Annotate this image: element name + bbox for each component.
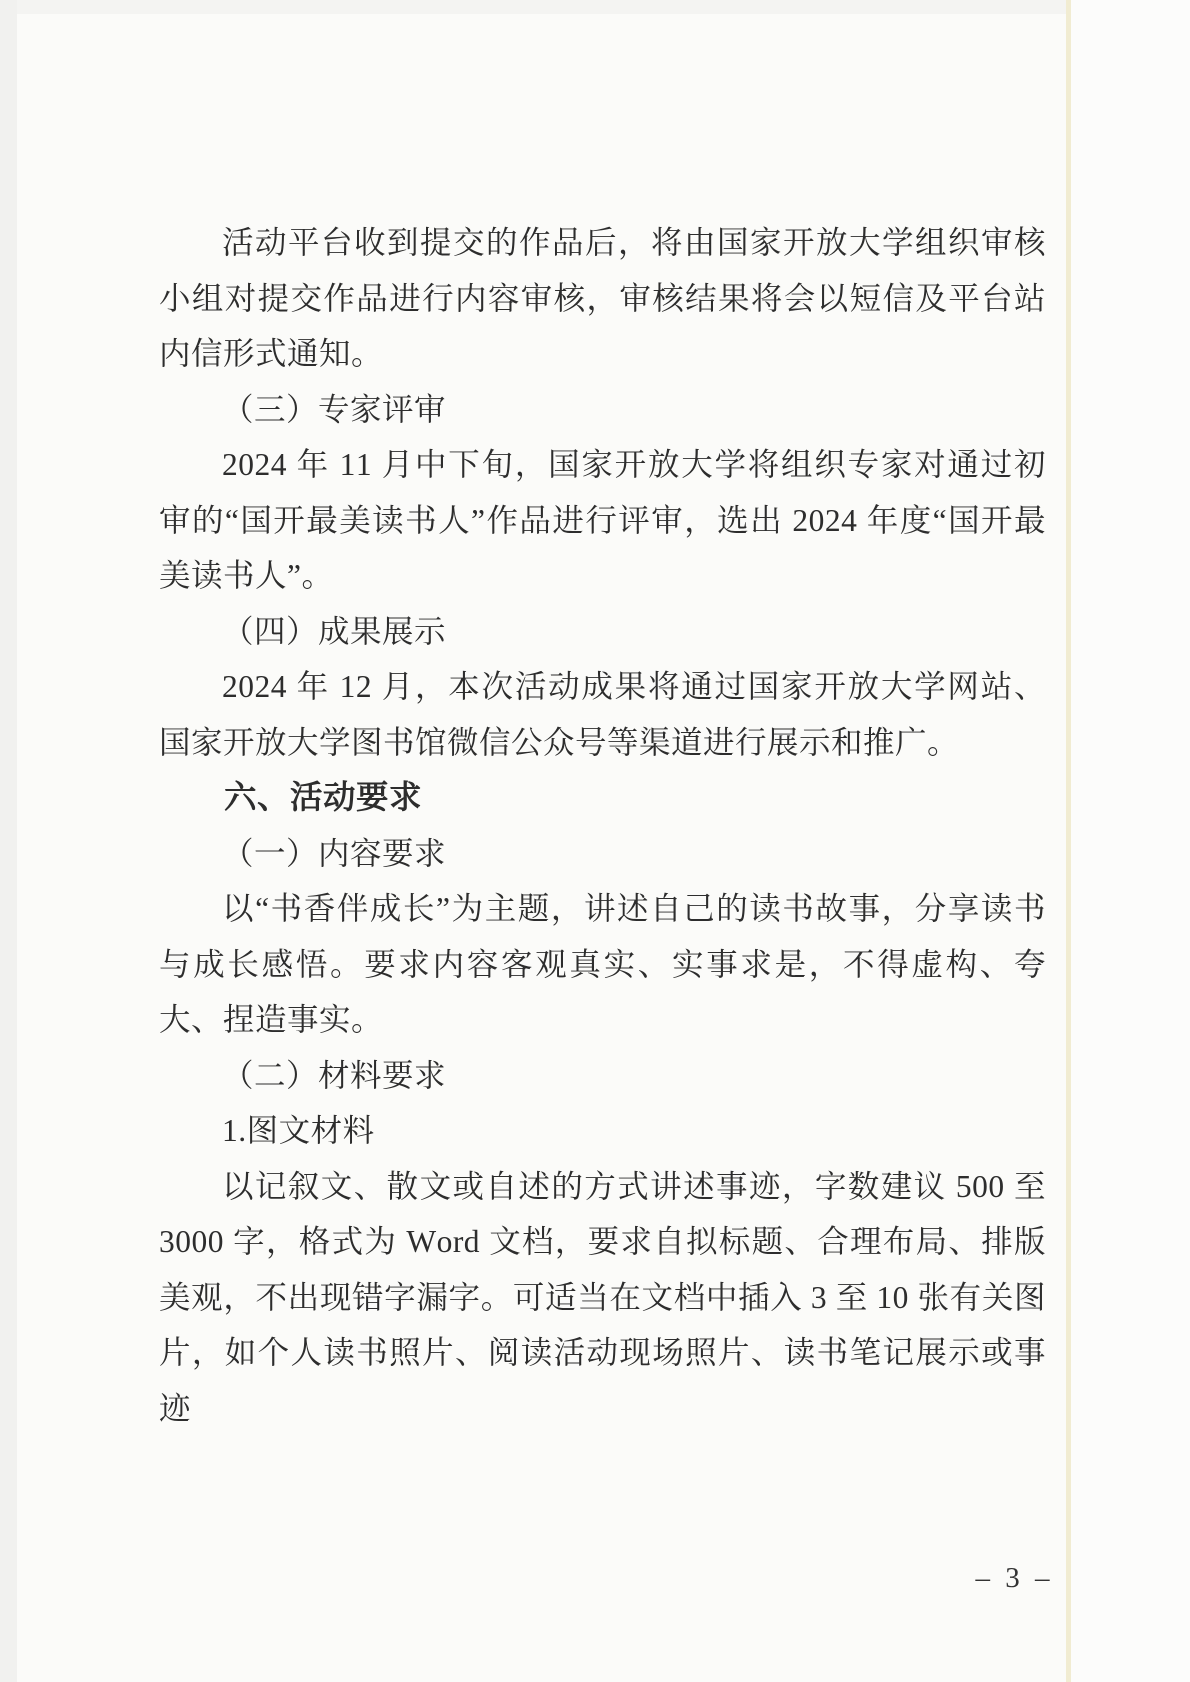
- heading-text-image-material: 1.图文材料: [159, 1103, 1046, 1159]
- heading-results-display: （四）成果展示: [159, 604, 1046, 660]
- page-top-edge: [0, 0, 1190, 14]
- scanned-document-page: 活动平台收到提交的作品后，将由国家开放大学组织审核小组对提交作品进行内容审核，审…: [0, 0, 1190, 1682]
- paragraph-review-notice: 活动平台收到提交的作品后，将由国家开放大学组织审核小组对提交作品进行内容审核，审…: [159, 215, 1046, 382]
- heading-material-requirements: （二）材料要求: [159, 1048, 1046, 1104]
- document-body: 活动平台收到提交的作品后，将由国家开放大学组织审核小组对提交作品进行内容审核，审…: [159, 215, 1046, 1436]
- heading-activity-requirements: 六、活动要求: [159, 770, 1046, 826]
- paragraph-text-image-material: 以记叙文、散文或自述的方式讲述事迹，字数建议 500 至 3000 字，格式为 …: [159, 1159, 1046, 1437]
- scanner-artifact-band: [1066, 0, 1071, 1682]
- paragraph-results-display: 2024 年 12 月，本次活动成果将通过国家开放大学网站、国家开放大学图书馆微…: [159, 659, 1046, 770]
- heading-content-requirements: （一）内容要求: [159, 826, 1046, 882]
- page-left-edge: [0, 0, 17, 1682]
- page-right-margin: [1071, 0, 1190, 1682]
- heading-expert-review: （三）专家评审: [159, 382, 1046, 438]
- paragraph-content-requirements: 以“书香伴成长”为主题，讲述自己的读书故事，分享读书与成长感悟。要求内容客观真实…: [159, 881, 1046, 1048]
- page-number: – 3 –: [952, 1556, 1077, 1600]
- paragraph-expert-review: 2024 年 11 月中下旬，国家开放大学将组织专家对通过初审的“国开最美读书人…: [159, 437, 1046, 604]
